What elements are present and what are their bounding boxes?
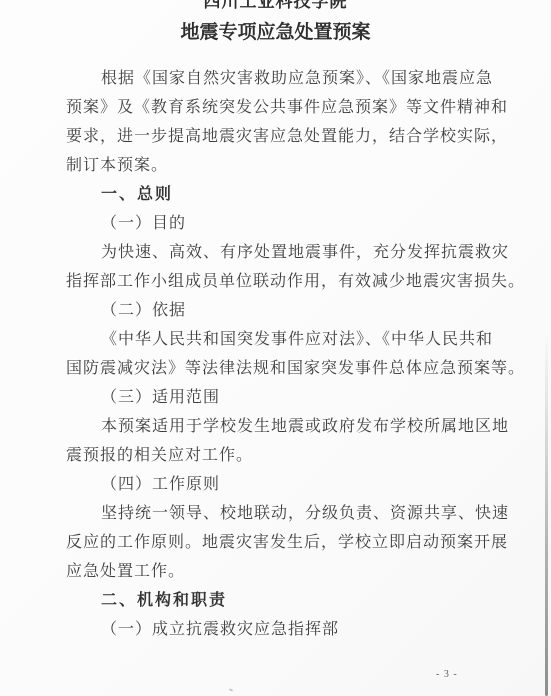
paragraph-line: 要求，进一步提高地震灾害应急处置能力，结合学校实际，	[66, 122, 494, 151]
document-body: 根据《国家自然灾害救助应急预案》、《国家地震应急 预案》及《教育系统突发公共事件…	[66, 64, 494, 644]
subsection-heading: （一）成立抗震救灾应急指挥部	[66, 615, 494, 644]
document-title-school: 四川工业科技学院	[0, 0, 551, 13]
subsection-heading: （二）依据	[66, 296, 494, 325]
paragraph-line: 应急处置工作。	[66, 557, 494, 586]
scanned-document-page: 四川工业科技学院 地震专项应急处置预案 根据《国家自然灾害救助应急预案》、《国家…	[0, 0, 551, 696]
scan-speck	[330, 629, 333, 631]
scan-page-edge-shadow	[545, 330, 548, 696]
paragraph-line: 坚持统一领导、校地联动，分级负责、资源共享、快速	[66, 499, 494, 528]
paragraph-line: 根据《国家自然灾害救助应急预案》、《国家地震应急	[66, 64, 494, 93]
paragraph-line: 本预案适用于学校发生地震或政府发布学校所属地区地	[66, 412, 494, 441]
subsection-heading: （一）目的	[66, 209, 494, 238]
paragraph-line: 制订本预案。	[66, 151, 494, 180]
paragraph-line: 国防震减灾法》等法律法规和国家突发事件总体应急预案等。	[66, 354, 494, 383]
paragraph-line: 指挥部工作小组成员单位联动作用，有效减少地震灾害损失。	[66, 267, 494, 296]
paragraph-line: 为快速、高效、有序处置地震事件，充分发挥抗震救灾	[66, 238, 494, 267]
section-heading: 二、机构和职责	[66, 586, 494, 615]
subsection-heading: （三）适用范围	[66, 383, 494, 412]
paragraph-line: 震预报的相关应对工作。	[66, 441, 494, 470]
paragraph-line: 预案》及《教育系统突发公共事件应急预案》等文件精神和	[66, 93, 494, 122]
paragraph-line: 《中华人民共和国突发事件应对法》、《中华人民共和	[66, 325, 494, 354]
paragraph-line: 反应的工作原则。地震灾害发生后，学校立即启动预案开展	[66, 528, 494, 557]
page-number: - 3 -	[436, 669, 458, 680]
section-heading: 一、总则	[66, 180, 494, 209]
document-title-plan: 地震专项应急处置预案	[0, 20, 551, 45]
subsection-heading: （四）工作原则	[66, 470, 494, 499]
scan-speck	[229, 688, 233, 692]
